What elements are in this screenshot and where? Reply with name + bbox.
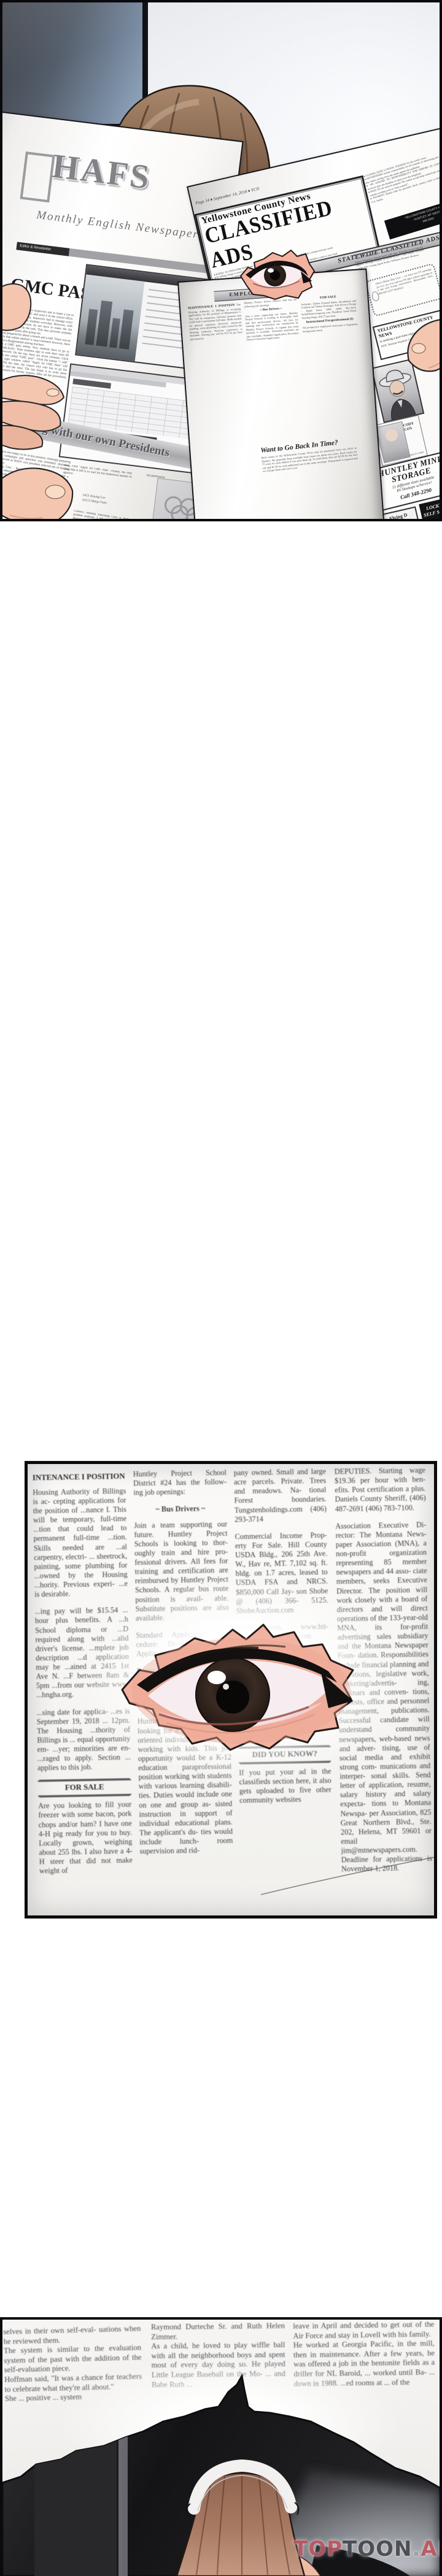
infobar-label: Editor & Newsletter <box>20 244 52 251</box>
watermark-app: APP <box>421 2537 442 2561</box>
right-hand-finger <box>401 316 442 378</box>
ad-line: Flying D <box>381 510 417 521</box>
column-para: Huntley Project School District #24 has … <box>133 1468 227 1498</box>
left-hand-fingers <box>0 370 70 451</box>
column-para: Are you looking to fill your freezer wit… <box>38 1800 133 1876</box>
back-in-time-block: Want to Go Back In Time? Back issues of … <box>260 437 364 521</box>
column-para: DEPUTIES. Starting wage $19.36 per hour … <box>335 1466 426 1514</box>
realtor-name: CODY COX <box>403 421 419 432</box>
column-para: pany owned. Small and large acre parcels… <box>234 1467 327 1524</box>
peephole-eye-large <box>114 1612 378 1752</box>
column-subhead: ~ Bus Drivers ~ <box>134 1504 227 1515</box>
masthead-logo-box <box>20 151 55 202</box>
webtoon-page: HAFS Monthly English Newspaper Editor & … <box>0 0 442 2576</box>
watermark-toon: TOON <box>343 2537 412 2561</box>
right-newspaper-lower: EMPLOYMENT MAINTENANCE I POSITION The Ho… <box>177 268 385 521</box>
classified-column: FOR SALE Authentic Timber Framed Barns, … <box>300 293 365 439</box>
panel-reading-room: HAFS Monthly English Newspaper Editor & … <box>0 0 442 521</box>
watermark-top: TOP <box>293 2537 343 2561</box>
column-text: Join a team supporting our future. Huntl… <box>245 311 299 341</box>
left-hand-thumb <box>0 461 75 521</box>
toptoon-watermark: TOPTOON.APP <box>293 2537 442 2561</box>
screenshot-building-photo <box>76 274 144 361</box>
panel-peek-room: selves in their own self-eval- uations w… <box>0 2317 442 2576</box>
column-text: Authentic Timber Framed Barns, Residenti… <box>301 299 357 320</box>
panel-eye-closeup: INTENANCE I POSITION Housing Authority o… <box>25 1461 437 1919</box>
column-head: INTENANCE I POSITION <box>33 1472 126 1484</box>
left-thumb <box>0 280 34 335</box>
peephole-eye-small <box>237 248 316 301</box>
watermark-dot: . <box>412 2537 421 2561</box>
